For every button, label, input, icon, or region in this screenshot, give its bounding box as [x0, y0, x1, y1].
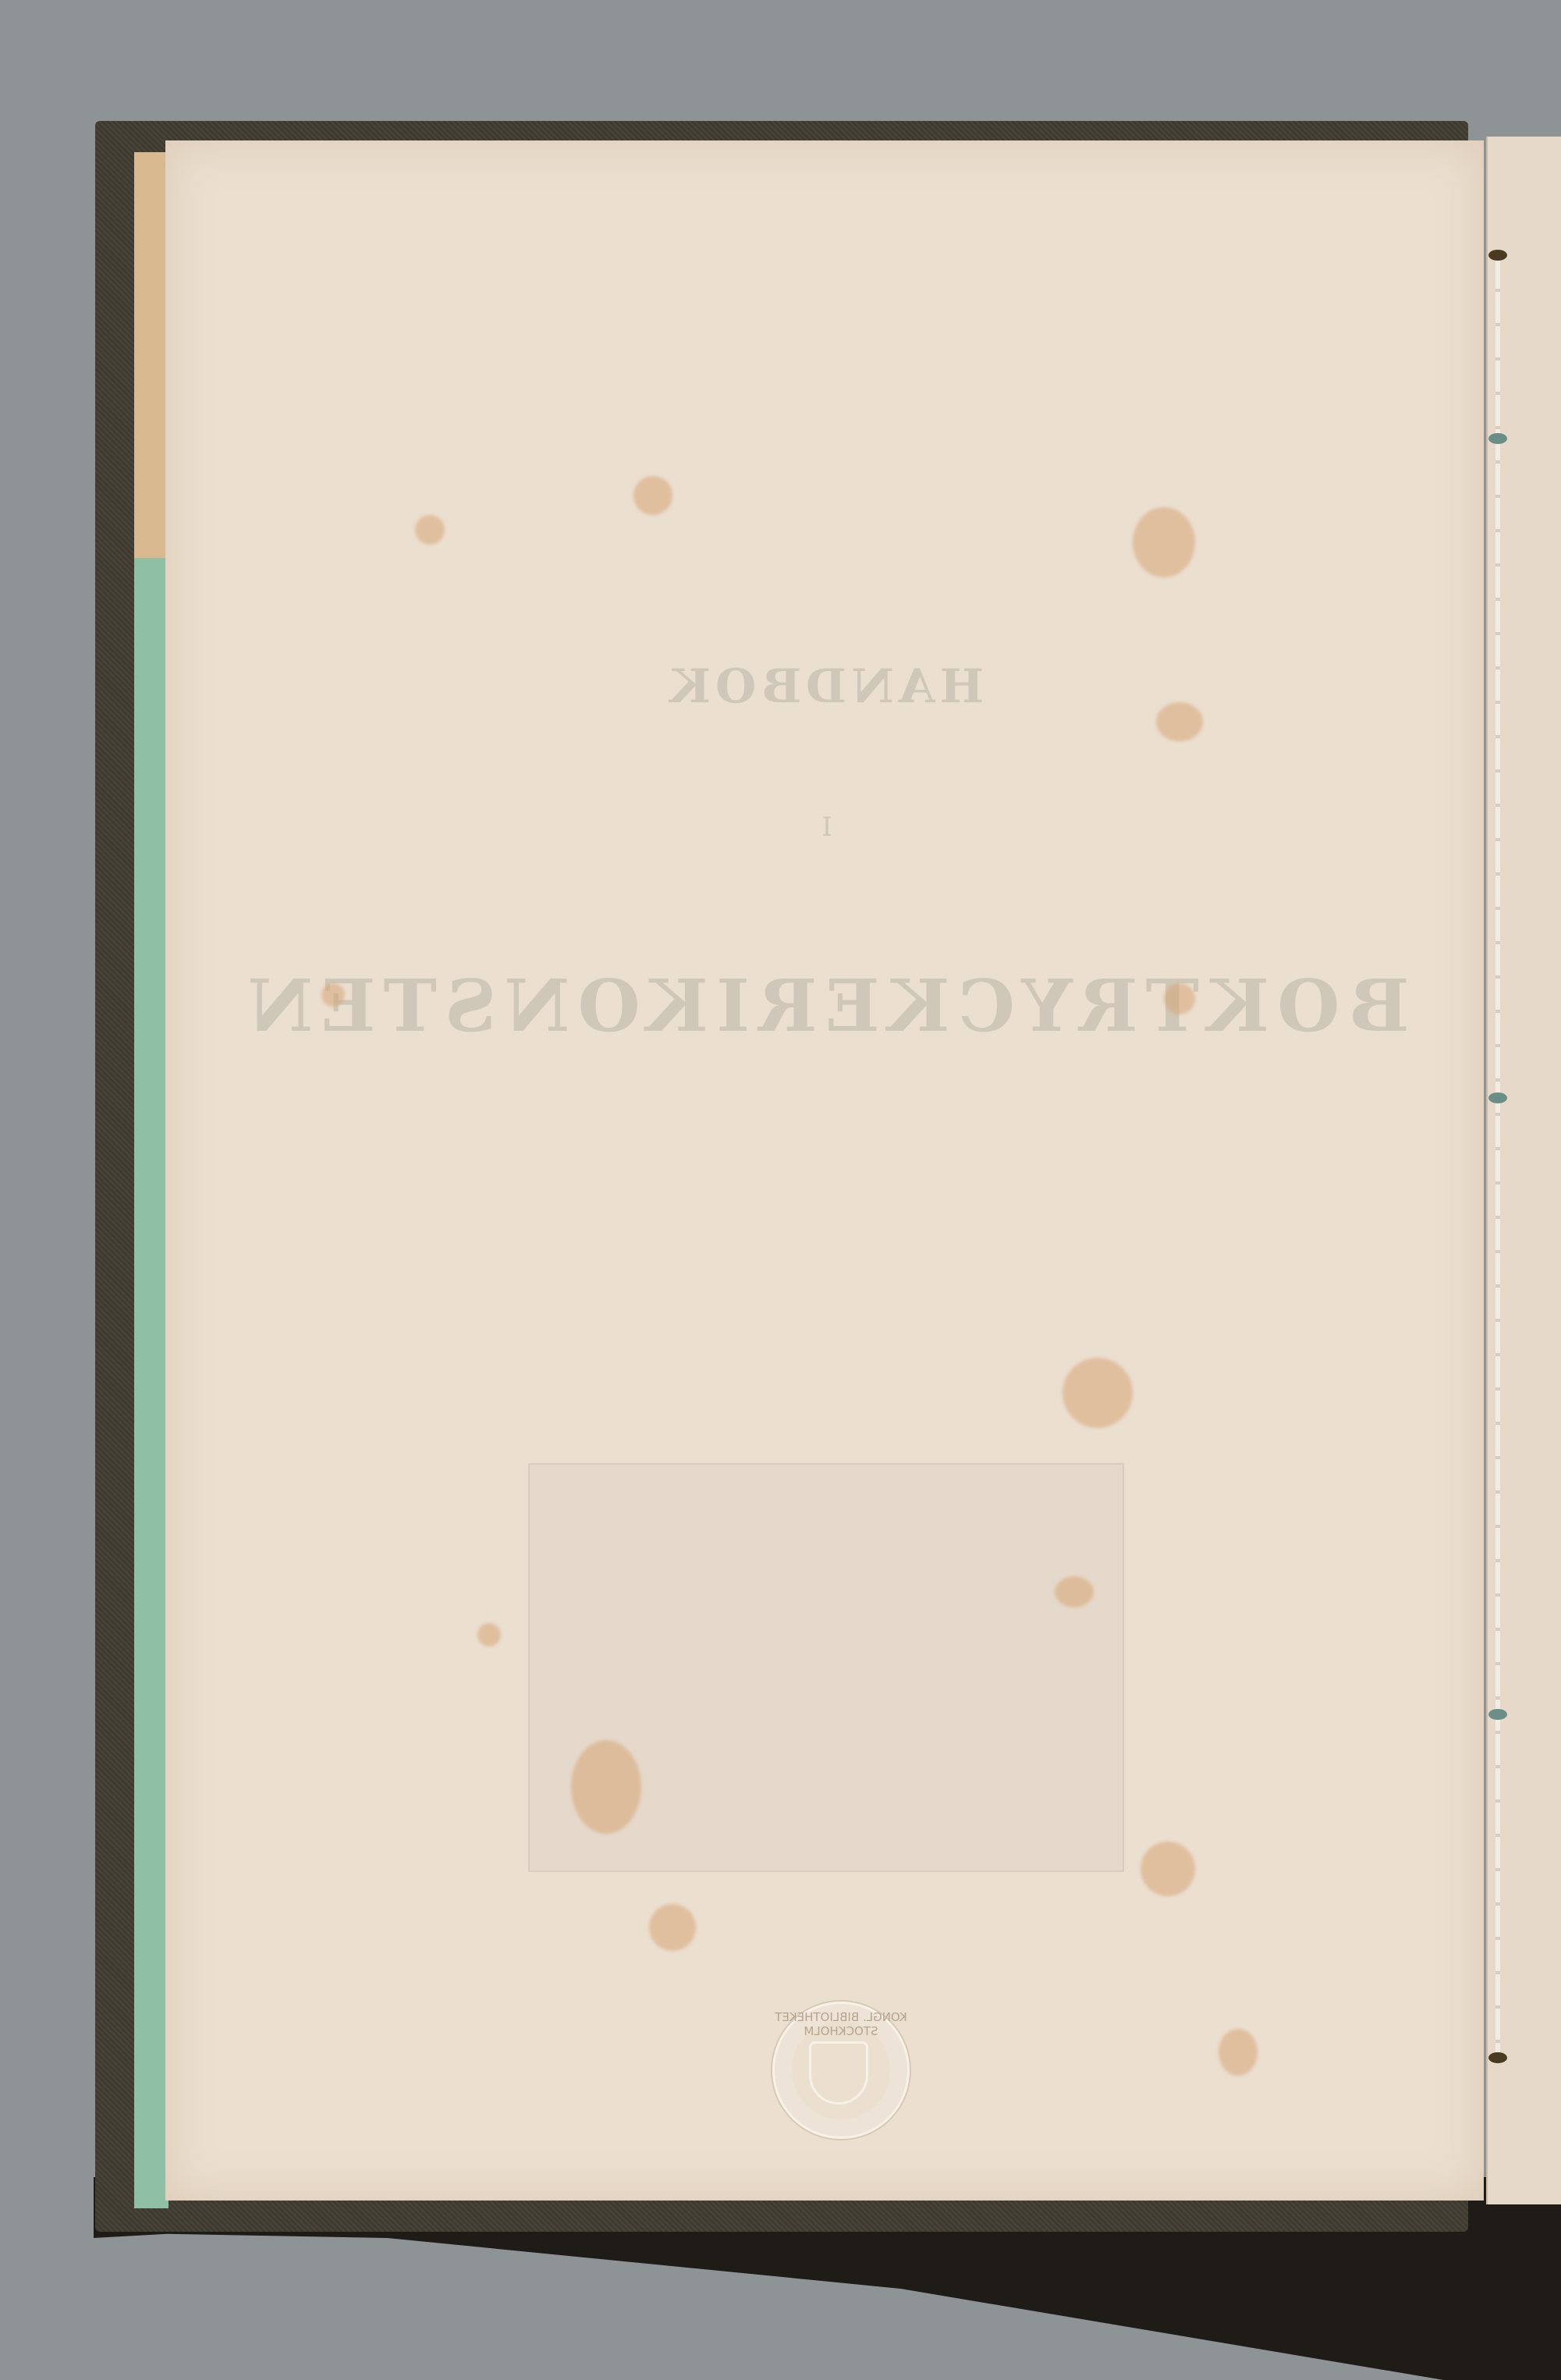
stamp-text: KONGL. BIBLIOTHEKET STOCKHOLM [775, 2010, 907, 2038]
sewing-hole [1488, 1092, 1507, 1103]
shield-icon [809, 2041, 868, 2105]
foxing-spot [649, 1904, 696, 1951]
show-through-title-handbok: HANDBOK [165, 659, 1484, 714]
foxing-spot [321, 983, 345, 1007]
sewing-hole [1488, 250, 1507, 261]
foxing-spot [1156, 702, 1203, 741]
book-page: HANDBOK I BOKTRYCKERIKONSTEN [165, 140, 1484, 2201]
sewing-hole [1488, 433, 1507, 444]
sewing-hole [1488, 2052, 1507, 2063]
sewing-hole [1488, 1709, 1507, 1720]
show-through-title-main: BOKTRYCKERIKONSTEN [165, 964, 1484, 1048]
foxing-spot [1219, 2029, 1258, 2076]
foxing-spot [1133, 507, 1195, 577]
foxing-spot [415, 515, 445, 545]
foxing-spot [1141, 1842, 1195, 1896]
foxing-spot [1055, 1576, 1094, 1607]
foxing-spot [571, 1740, 641, 1834]
foxing-spot [1164, 983, 1195, 1014]
foxing-spot [1063, 1358, 1133, 1428]
library-embossed-stamp: KONGL. BIBLIOTHEKET STOCKHOLM [772, 2002, 910, 2139]
binding-thread [1495, 258, 1500, 2052]
foxing-spot [477, 1623, 501, 1646]
foxing-spot [633, 476, 672, 515]
endpaper-green-strip [134, 558, 169, 2208]
show-through-i: I [165, 812, 1484, 843]
